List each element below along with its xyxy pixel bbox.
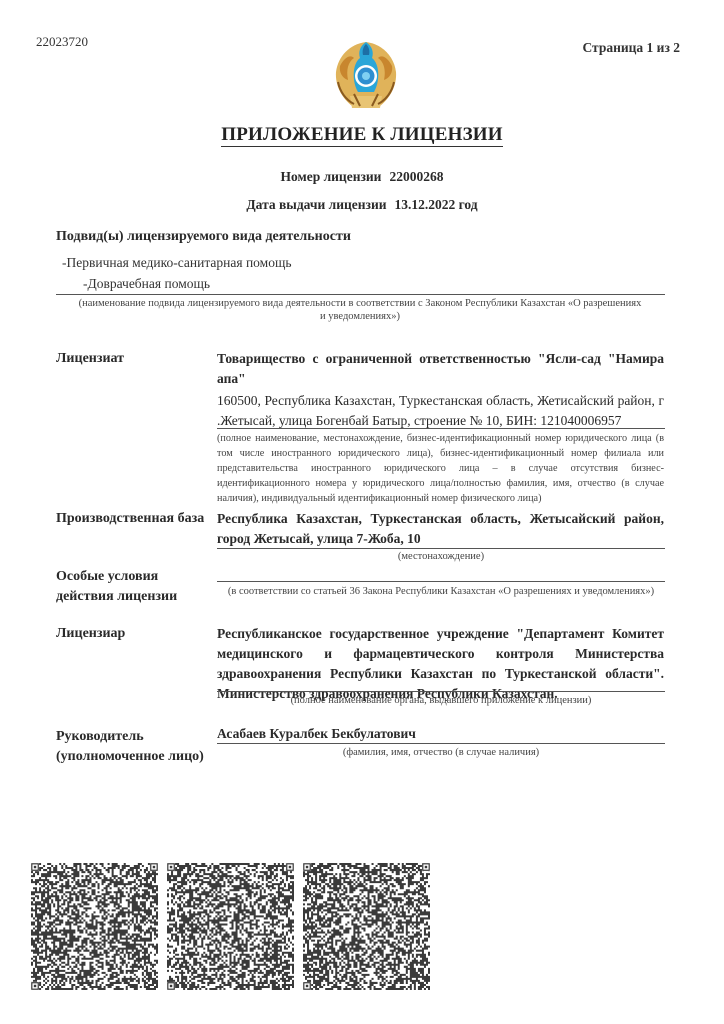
qr-code-icon: [31, 863, 158, 990]
page-title-text: ПРИЛОЖЕНИЕ К ЛИЦЕНЗИИ: [221, 124, 503, 147]
divider: [217, 581, 665, 582]
subtypes-heading: Подвид(ы) лицензируемого вида деятельнос…: [56, 229, 351, 245]
licensee-label: Лицензиат: [56, 349, 124, 369]
production-base-value: Республика Казахстан, Туркестанская обла…: [217, 509, 664, 549]
qr-code-2: [167, 863, 294, 990]
head-label-line2: (уполномоченное лицо): [56, 747, 204, 767]
subtypes-caption-line2: и уведомлениях»): [50, 310, 670, 323]
licensor-label: Лицензиар: [56, 624, 125, 644]
license-number-value: 22000268: [389, 169, 443, 184]
document-number: 22023720: [36, 34, 88, 50]
special-conditions-label: Особые условия действия лицензии: [56, 567, 177, 607]
divider: [56, 294, 665, 295]
head-label-line1: Руководитель: [56, 727, 204, 747]
license-number-row: Номер лицензии22000268: [0, 169, 724, 185]
license-number-label: Номер лицензии: [281, 169, 382, 184]
licensee-caption: (полное наименование, местонахождение, б…: [217, 431, 664, 506]
qr-code-1: [31, 863, 158, 990]
production-base-label: Производственная база: [56, 509, 204, 529]
head-value: Асабаев Куралбек Бекбулатович: [217, 724, 664, 744]
qr-code-3: [303, 863, 430, 990]
divider: [217, 548, 665, 549]
page-indicator: Страница 1 из 2: [582, 40, 680, 56]
page-title: ПРИЛОЖЕНИЕ К ЛИЦЕНЗИИ: [0, 124, 724, 146]
qr-code-icon: [167, 863, 294, 990]
production-base-caption: (местонахождение): [217, 550, 665, 563]
license-date-value: 13.12.2022 год: [395, 197, 478, 212]
divider: [217, 743, 665, 744]
special-conditions-caption: (в соответствии со статьей 36 Закона Рес…: [217, 585, 665, 598]
subtype-item: -Первичная медико-санитарная помощь: [62, 255, 292, 271]
head-caption: (фамилия, имя, отчество (в случае наличи…: [217, 746, 665, 759]
license-date-label: Дата выдачи лицензии: [246, 197, 386, 212]
license-date-row: Дата выдачи лицензии13.12.2022 год: [0, 197, 724, 213]
subtype-item: -Доврачебная помощь: [83, 276, 210, 292]
licensee-address: 160500, Республика Казахстан, Туркестанс…: [217, 391, 664, 431]
qr-code-icon: [303, 863, 430, 990]
subtypes-caption-line1: (наименование подвида лицензируемого вид…: [50, 297, 670, 310]
divider: [217, 691, 665, 692]
special-conditions-label-line1: Особые условия: [56, 567, 177, 587]
licensor-caption: (полное наименование органа, выдавшего п…: [217, 694, 665, 707]
divider: [217, 428, 665, 429]
subtypes-caption: (наименование подвида лицензируемого вид…: [50, 297, 670, 323]
head-label: Руководитель (уполномоченное лицо): [56, 727, 204, 767]
special-conditions-label-line2: действия лицензии: [56, 587, 177, 607]
state-emblem-icon: [330, 36, 402, 112]
licensee-name: Товарищество с ограниченной ответственно…: [217, 349, 664, 389]
